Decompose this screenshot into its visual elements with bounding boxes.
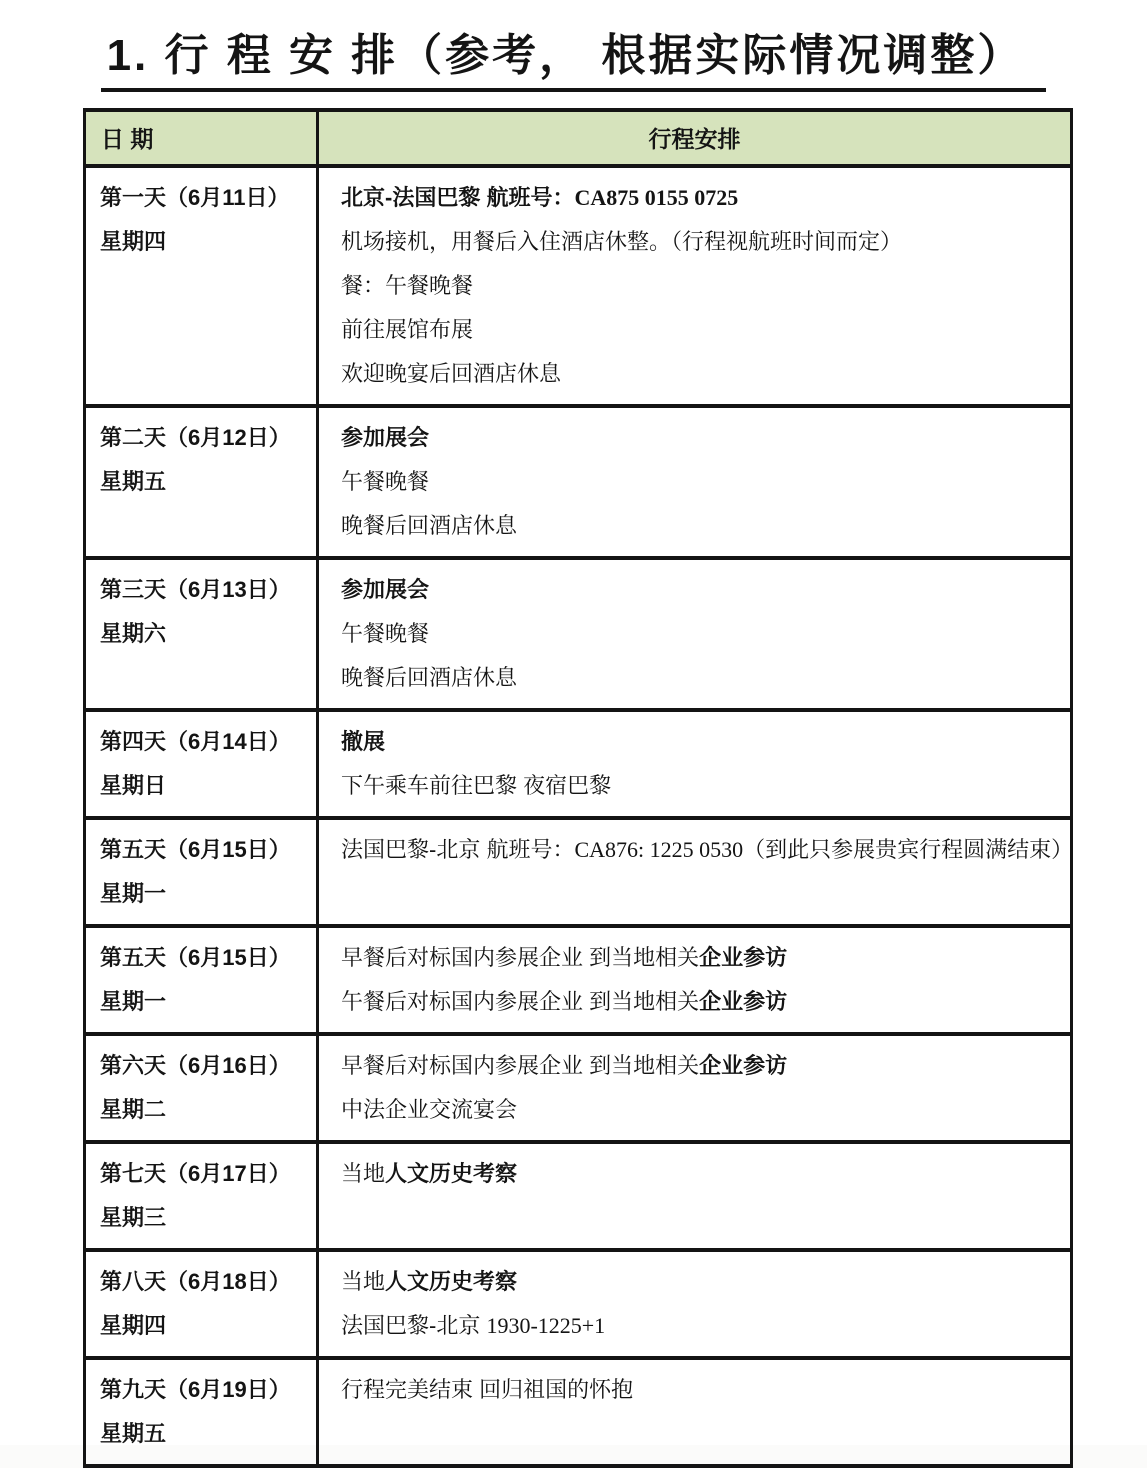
itinerary-body: 第一天（6月11日）星期四北京-法国巴黎 航班号：CA875 0155 0725… bbox=[85, 166, 1072, 1466]
text-segment: 企业参访 bbox=[699, 945, 787, 970]
text-segment: 午餐晚餐 bbox=[341, 621, 429, 646]
itinerary-line: 前往展馆布展 bbox=[319, 308, 1070, 352]
text-segment: 1930-1225+1 bbox=[486, 1313, 605, 1338]
date-cell: 第四天（6月14日）星期日 bbox=[85, 710, 318, 818]
date-line: 第七天（6月17日） bbox=[86, 1152, 316, 1196]
text-segment: 参加展会 bbox=[341, 425, 429, 450]
table-row: 第九天（6月19日）星期五行程完美结束 回归祖国的怀抱 bbox=[85, 1358, 1072, 1466]
text-segment: 企业参访 bbox=[699, 989, 787, 1014]
text-segment: 欢迎晚宴后回酒店休息 bbox=[341, 361, 561, 386]
text-segment: 早餐后对标国内参展企业 到当地相关 bbox=[341, 945, 699, 970]
date-cell: 第三天（6月13日）星期六 bbox=[85, 558, 318, 710]
text-segment: 前往展馆布展 bbox=[341, 317, 473, 342]
text-segment: 法国巴黎-北京 bbox=[341, 1313, 486, 1338]
text-segment: CA875 0155 0725 bbox=[574, 185, 738, 210]
table-row: 第五天（6月15日）星期一法国巴黎-北京 航班号：CA876: 1225 053… bbox=[85, 818, 1072, 926]
itinerary-cell: 法国巴黎-北京 航班号：CA876: 1225 0530（到此只参展贵宾行程圆满… bbox=[318, 818, 1072, 926]
itinerary-cell: 撤展下午乘车前往巴黎 夜宿巴黎 bbox=[318, 710, 1072, 818]
itinerary-line: 晚餐后回酒店休息 bbox=[319, 504, 1070, 548]
itinerary-line: 行程完美结束 回归祖国的怀抱 bbox=[319, 1368, 1070, 1412]
itinerary-line: 中法企业交流宴会 bbox=[319, 1088, 1070, 1132]
itinerary-table: 日 期 行程安排 第一天（6月11日）星期四北京-法国巴黎 航班号：CA875 … bbox=[83, 108, 1073, 1468]
itinerary-cell: 早餐后对标国内参展企业 到当地相关企业参访中法企业交流宴会 bbox=[318, 1034, 1072, 1142]
header-date-cell: 日 期 bbox=[85, 110, 318, 166]
text-segment: （到此只参展贵宾行程圆满结束） bbox=[743, 837, 1073, 862]
date-cell: 第一天（6月11日）星期四 bbox=[85, 166, 318, 406]
text-segment: CA876: 1225 0530 bbox=[574, 837, 743, 862]
text-segment: 人文历史考察 bbox=[385, 1269, 517, 1294]
table-row: 第四天（6月14日）星期日撤展下午乘车前往巴黎 夜宿巴黎 bbox=[85, 710, 1072, 818]
date-line: 第五天（6月15日） bbox=[86, 936, 316, 980]
itinerary-line: 餐：午餐晚餐 bbox=[319, 264, 1070, 308]
itinerary-line: 当地人文历史考察 bbox=[319, 1152, 1070, 1196]
title-wrap: 1. 行 程 安 排（参考， 根据实际情况调整） bbox=[0, 30, 1147, 92]
date-line: 第三天（6月13日） bbox=[86, 568, 316, 612]
date-cell: 第八天（6月18日）星期四 bbox=[85, 1250, 318, 1358]
itinerary-line: 下午乘车前往巴黎 夜宿巴黎 bbox=[319, 764, 1070, 808]
itinerary-line: 北京-法国巴黎 航班号：CA875 0155 0725 bbox=[319, 176, 1070, 220]
text-segment: 撤展 bbox=[341, 729, 385, 754]
itinerary-line: 晚餐后回酒店休息 bbox=[319, 656, 1070, 700]
text-segment: 企业参访 bbox=[699, 1053, 787, 1078]
text-segment: 晚餐后回酒店休息 bbox=[341, 513, 517, 538]
itinerary-line: 当地人文历史考察 bbox=[319, 1260, 1070, 1304]
date-line: 第一天（6月11日） bbox=[86, 176, 316, 220]
itinerary-line: 法国巴黎-北京 航班号：CA876: 1225 0530（到此只参展贵宾行程圆满… bbox=[319, 828, 1070, 872]
itinerary-cell: 参加展会午餐晚餐晚餐后回酒店休息 bbox=[318, 406, 1072, 558]
document-page: 1. 行 程 安 排（参考， 根据实际情况调整） 日 期 行程安排 第一天（6月… bbox=[0, 0, 1147, 1445]
date-line: 星期一 bbox=[86, 872, 316, 916]
table-row: 第七天（6月17日）星期三当地人文历史考察 bbox=[85, 1142, 1072, 1250]
text-segment: 当地 bbox=[341, 1269, 385, 1294]
itinerary-cell: 参加展会午餐晚餐晚餐后回酒店休息 bbox=[318, 558, 1072, 710]
date-cell: 第六天（6月16日）星期二 bbox=[85, 1034, 318, 1142]
date-cell: 第九天（6月19日）星期五 bbox=[85, 1358, 318, 1466]
header-itinerary-cell: 行程安排 bbox=[318, 110, 1072, 166]
text-segment: 早餐后对标国内参展企业 到当地相关 bbox=[341, 1053, 699, 1078]
text-segment: 参加展会 bbox=[341, 577, 429, 602]
table-row: 第三天（6月13日）星期六参加展会午餐晚餐晚餐后回酒店休息 bbox=[85, 558, 1072, 710]
date-line: 星期三 bbox=[86, 1196, 316, 1240]
itinerary-line: 撤展 bbox=[319, 720, 1070, 764]
itinerary-line: 法国巴黎-北京 1930-1225+1 bbox=[319, 1304, 1070, 1348]
date-line: 第九天（6月19日） bbox=[86, 1368, 316, 1412]
text-segment: 当地 bbox=[341, 1161, 385, 1186]
itinerary-line: 午餐晚餐 bbox=[319, 612, 1070, 656]
date-line: 第五天（6月15日） bbox=[86, 828, 316, 872]
table-row: 第五天（6月15日）星期一早餐后对标国内参展企业 到当地相关企业参访午餐后对标国… bbox=[85, 926, 1072, 1034]
date-line: 星期六 bbox=[86, 612, 316, 656]
table-row: 第一天（6月11日）星期四北京-法国巴黎 航班号：CA875 0155 0725… bbox=[85, 166, 1072, 406]
text-segment: 晚餐后回酒店休息 bbox=[341, 665, 517, 690]
itinerary-line: 早餐后对标国内参展企业 到当地相关企业参访 bbox=[319, 936, 1070, 980]
text-segment: 下午乘车前往巴黎 夜宿巴黎 bbox=[341, 773, 611, 798]
date-line: 星期四 bbox=[86, 1304, 316, 1348]
header-row: 日 期 行程安排 bbox=[85, 110, 1072, 166]
text-segment: 餐：午餐晚餐 bbox=[341, 273, 473, 298]
text-segment: 中法企业交流宴会 bbox=[341, 1097, 517, 1122]
date-line: 第六天（6月16日） bbox=[86, 1044, 316, 1088]
date-line: 星期二 bbox=[86, 1088, 316, 1132]
date-line: 星期一 bbox=[86, 980, 316, 1024]
text-segment: 法国巴黎-北京 航班号： bbox=[341, 837, 574, 862]
itinerary-line: 机场接机，用餐后入住酒店休整。（行程视航班时间而定） bbox=[319, 220, 1070, 264]
itinerary-cell: 当地人文历史考察 bbox=[318, 1142, 1072, 1250]
text-segment: 行程完美结束 回归祖国的怀抱 bbox=[341, 1377, 633, 1402]
itinerary-line: 早餐后对标国内参展企业 到当地相关企业参访 bbox=[319, 1044, 1070, 1088]
text-segment: 北京-法国巴黎 航班号： bbox=[341, 185, 574, 210]
date-cell: 第五天（6月15日）星期一 bbox=[85, 926, 318, 1034]
date-cell: 第七天（6月17日）星期三 bbox=[85, 1142, 318, 1250]
itinerary-line: 午餐晚餐 bbox=[319, 460, 1070, 504]
date-line: 星期日 bbox=[86, 764, 316, 808]
page-title: 1. 行 程 安 排（参考， 根据实际情况调整） bbox=[101, 30, 1047, 92]
itinerary-cell: 早餐后对标国内参展企业 到当地相关企业参访午餐后对标国内参展企业 到当地相关企业… bbox=[318, 926, 1072, 1034]
date-line: 第四天（6月14日） bbox=[86, 720, 316, 764]
date-cell: 第五天（6月15日）星期一 bbox=[85, 818, 318, 926]
date-line: 星期五 bbox=[86, 460, 316, 504]
date-line: 星期五 bbox=[86, 1412, 316, 1456]
itinerary-line: 参加展会 bbox=[319, 416, 1070, 460]
table-row: 第八天（6月18日）星期四当地人文历史考察法国巴黎-北京 1930-1225+1 bbox=[85, 1250, 1072, 1358]
date-line: 第八天（6月18日） bbox=[86, 1260, 316, 1304]
date-line: 第二天（6月12日） bbox=[86, 416, 316, 460]
itinerary-line: 午餐后对标国内参展企业 到当地相关企业参访 bbox=[319, 980, 1070, 1024]
table-header: 日 期 行程安排 bbox=[85, 110, 1072, 166]
date-cell: 第二天（6月12日）星期五 bbox=[85, 406, 318, 558]
date-line: 星期四 bbox=[86, 220, 316, 264]
text-segment: 机场接机，用餐后入住酒店休整。（行程视航班时间而定） bbox=[341, 229, 902, 254]
itinerary-cell: 行程完美结束 回归祖国的怀抱 bbox=[318, 1358, 1072, 1466]
itinerary-cell: 当地人文历史考察法国巴黎-北京 1930-1225+1 bbox=[318, 1250, 1072, 1358]
itinerary-cell: 北京-法国巴黎 航班号：CA875 0155 0725机场接机，用餐后入住酒店休… bbox=[318, 166, 1072, 406]
table-row: 第二天（6月12日）星期五参加展会午餐晚餐晚餐后回酒店休息 bbox=[85, 406, 1072, 558]
itinerary-line: 欢迎晚宴后回酒店休息 bbox=[319, 352, 1070, 396]
table-row: 第六天（6月16日）星期二早餐后对标国内参展企业 到当地相关企业参访中法企业交流… bbox=[85, 1034, 1072, 1142]
text-segment: 人文历史考察 bbox=[385, 1161, 517, 1186]
text-segment: 午餐晚餐 bbox=[341, 469, 429, 494]
itinerary-line: 参加展会 bbox=[319, 568, 1070, 612]
text-segment: 午餐后对标国内参展企业 到当地相关 bbox=[341, 989, 699, 1014]
